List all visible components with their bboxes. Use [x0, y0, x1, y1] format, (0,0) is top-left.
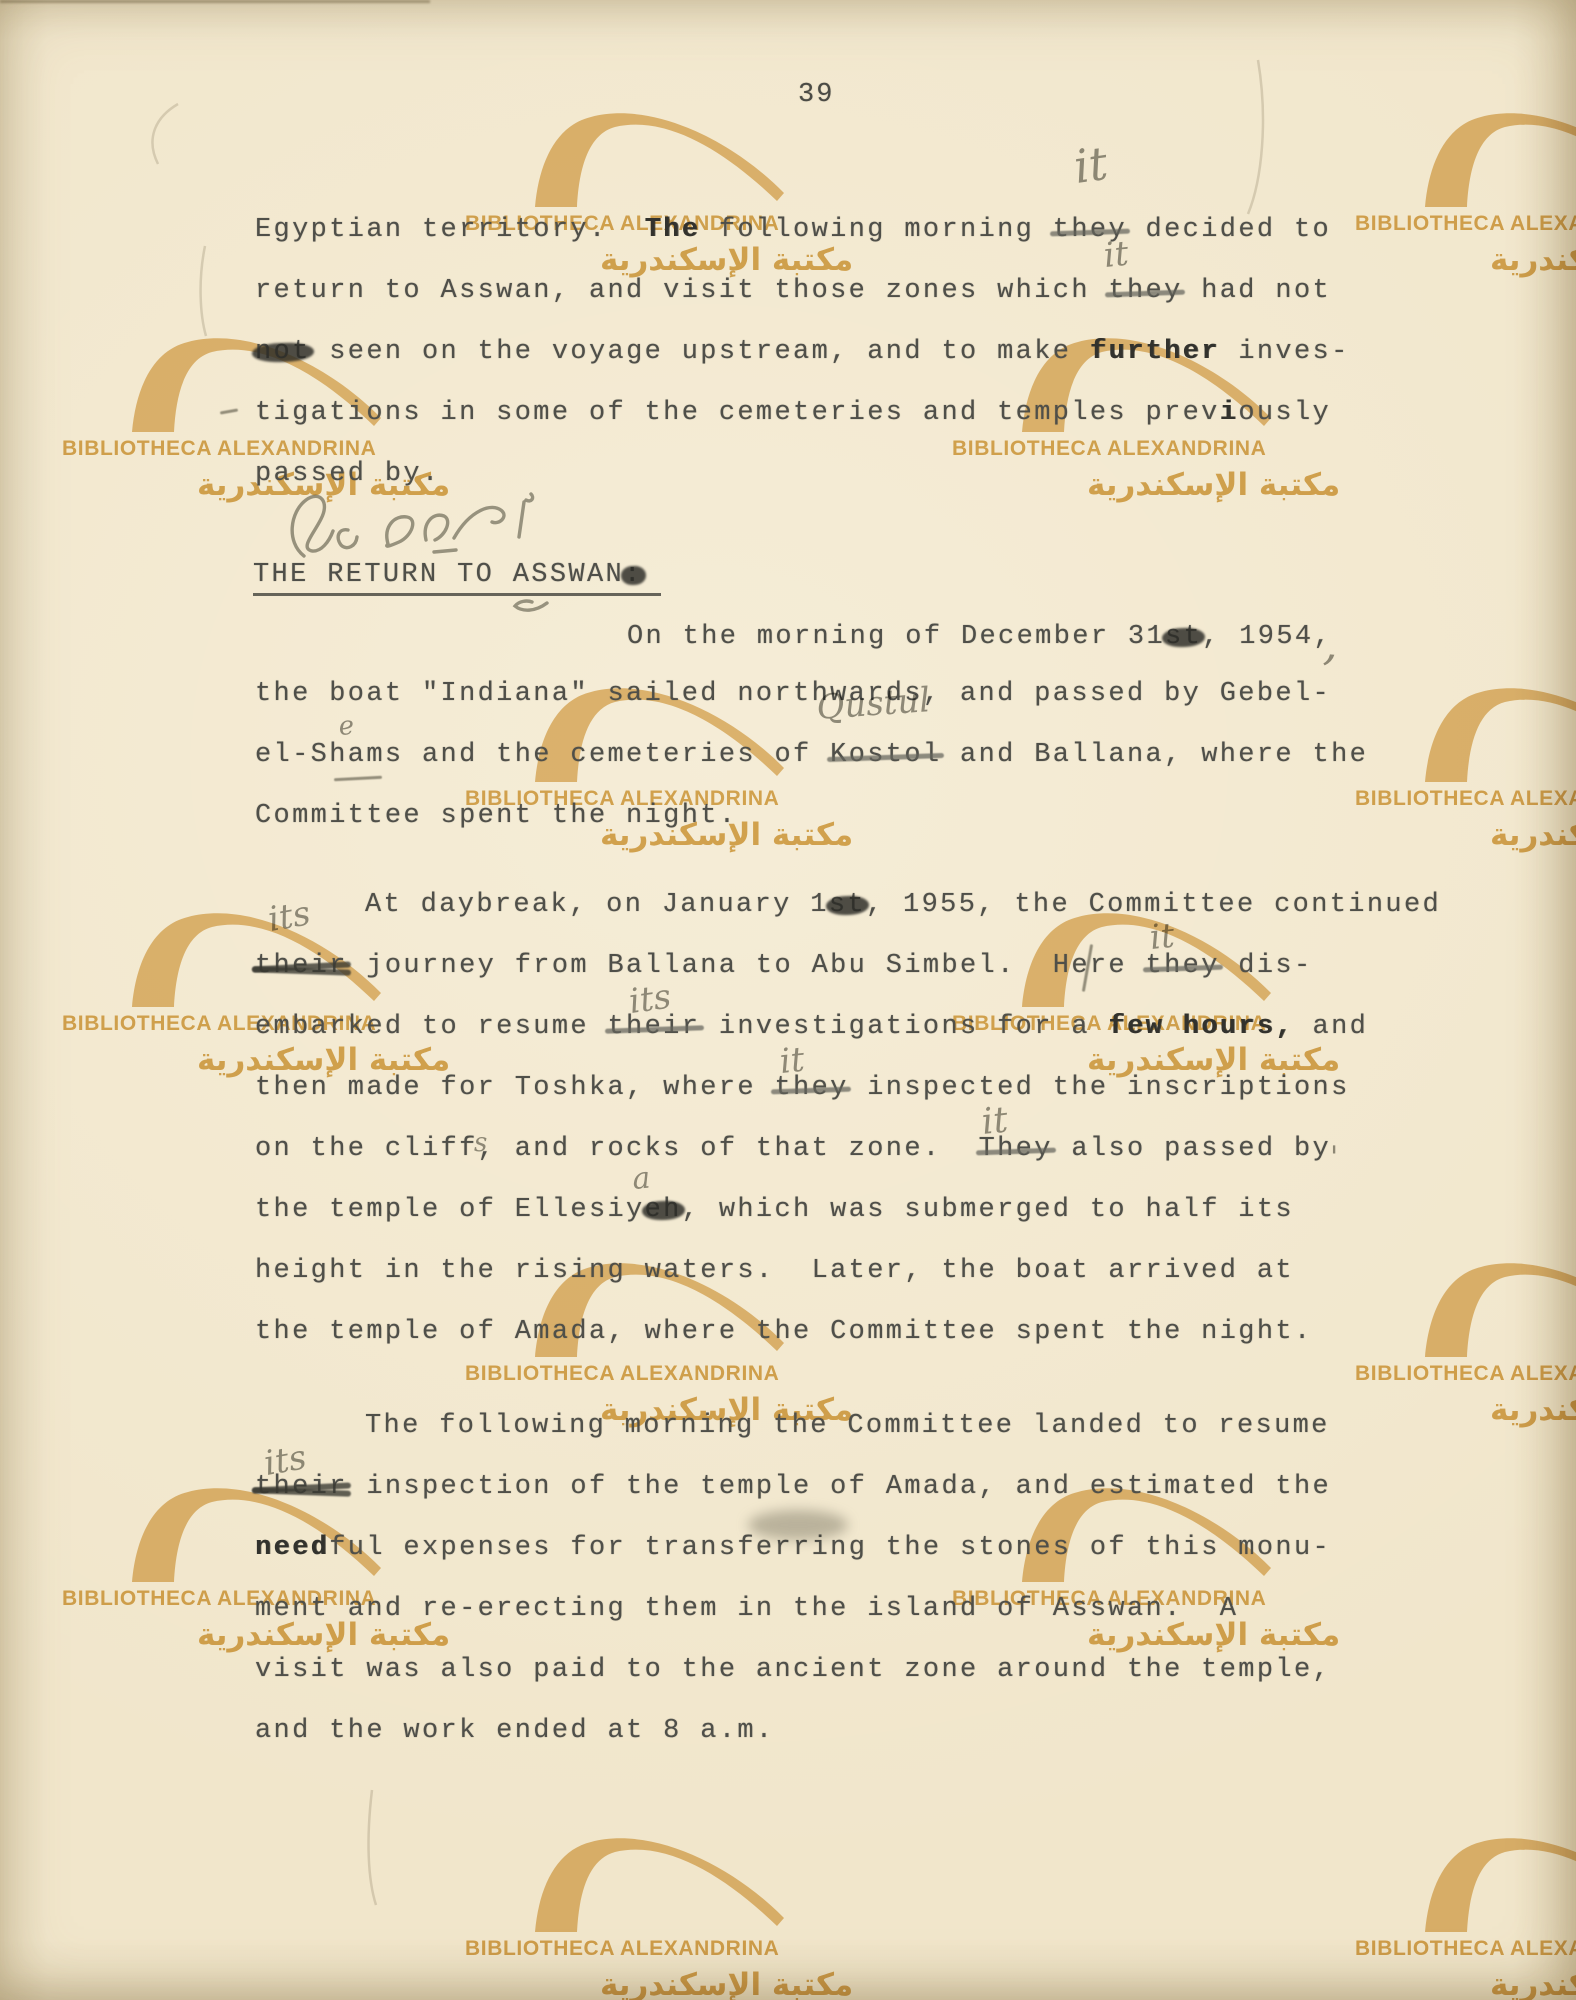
correction-its-line12: its [265, 893, 313, 940]
inserted-comma-1954: , [1322, 616, 1340, 671]
correction-it-line15: it [980, 1100, 1010, 1143]
correction-qustul: Qustul [815, 680, 931, 728]
correction-it-line12: it [1148, 916, 1177, 958]
correction-it-line2: it [1102, 234, 1131, 276]
handwritten-arabic-note [284, 492, 564, 566]
erased-pencil-smudge [748, 1510, 848, 1540]
correction-a-ellesiyeh: a [631, 1161, 652, 1197]
correction-its-line20: its [261, 1437, 309, 1484]
heading-pencil-tick [514, 600, 550, 616]
document-page: 39 BIBLIOTHECA ALEXANDRINAمكتبة الإسكندر… [0, 0, 1576, 2000]
inserted-s-cliff: s [474, 1128, 487, 1158]
margin-dash [220, 408, 238, 414]
pencil-annotation-layer: itit,eQustulitsititsititsaits' [0, 0, 1576, 2000]
correction-e-shams: e [337, 711, 355, 742]
correction-it-line1: it [1070, 136, 1110, 194]
shams-underline [334, 776, 382, 782]
correction-its-line13: its [626, 977, 673, 1022]
here-slash [1082, 944, 1093, 992]
correction-it-line14: it [778, 1040, 807, 1082]
stray-pencil-mark: ' [1330, 1140, 1338, 1175]
